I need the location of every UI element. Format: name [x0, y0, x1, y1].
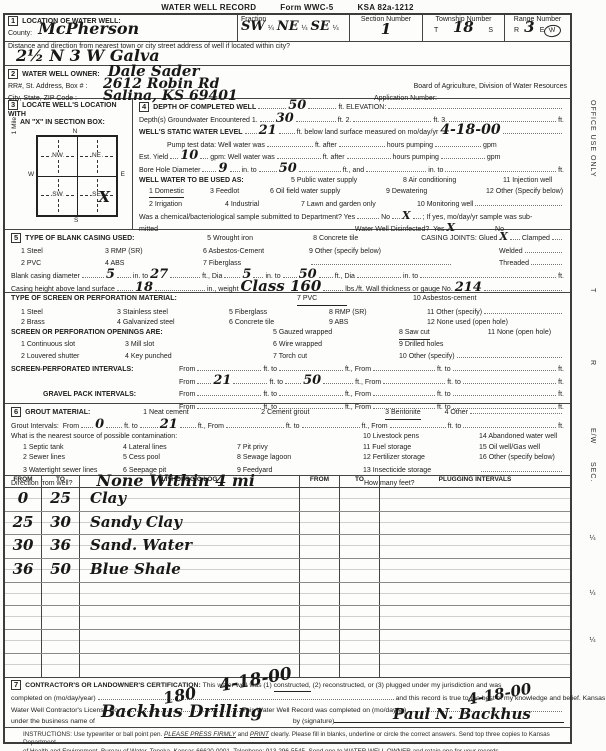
- diam-ftdia2-label: ft., Dia: [335, 272, 355, 283]
- contam-fuel: 11 Fuel storage: [363, 443, 479, 454]
- casing-fiberglass: 7 Fiberglass: [203, 259, 309, 270]
- table-row-empty: [5, 583, 570, 607]
- disinfected-yes-label: Yes: [433, 225, 444, 236]
- casing-joints-label: CASING JOINTS: Glued: [421, 234, 497, 245]
- section-4-number: 4: [139, 102, 149, 112]
- completed-on-label: completed on (mo/day/year): [11, 693, 96, 704]
- lithologic-table: FROM TO LITHOLOGIC LOG FROM TO PLUGGING …: [5, 475, 570, 677]
- row-from: 30: [13, 536, 34, 554]
- screen-rmp: 8 RMP (SR): [329, 308, 427, 319]
- grout-from-value: 0: [95, 421, 104, 429]
- range-w-circled: W: [544, 24, 562, 38]
- disinfected-yes-x-mark: X: [447, 223, 456, 234]
- screen-material-title: TYPE OF SCREEN OR PERFORATION MATERIAL:: [11, 294, 297, 305]
- casing-asbestos: 6 Asbestos-Cement: [203, 247, 309, 258]
- casing-other: 9 Other (specify below): [309, 247, 459, 258]
- est-gpm-label: gpm: [487, 153, 501, 164]
- township-value: 18: [453, 23, 474, 31]
- certification-section: 7CONTRACTOR'S OR LANDOWNER'S CERTIFICATI…: [5, 677, 570, 727]
- water-well-record-form: WATER WELL RECORDForm WWC-5KSA 82a-1212 …: [0, 0, 606, 751]
- owner-section: 2 WATER WELL OWNER: Dale Sader RR#, St. …: [5, 66, 570, 99]
- si-ftto-2: ft. to: [269, 378, 283, 389]
- section-3-number: 3: [8, 100, 18, 110]
- screen-asbestos: 10 Asbestos-cement: [413, 294, 476, 305]
- grout-to-value: 21: [160, 421, 178, 429]
- header-from-1: FROM: [5, 476, 42, 487]
- office-use-only-label: OFFICE USE ONLY: [589, 100, 596, 178]
- casing-pvc: 2 PVC: [21, 259, 105, 270]
- screen-concrete: 6 Concrete tile: [229, 318, 329, 329]
- row-to: 36: [50, 536, 71, 554]
- groundwater-label: Depth(s) Groundwater Encountered: [139, 116, 250, 127]
- gi-to3: ft. to: [448, 422, 462, 433]
- business-name-value: Backhus Drilling: [101, 708, 263, 716]
- instructions-press-firmly: PLEASE PRESS FIRMLY: [164, 731, 236, 738]
- screen-other: 11 Other (specify): [427, 308, 482, 319]
- static-level-value: 21: [259, 127, 277, 135]
- screen-galvanized: 4 Galvanized steel: [117, 318, 229, 329]
- bore-into-label: in. to: [242, 166, 257, 177]
- screen-interval-from-value: 21: [213, 377, 231, 385]
- casing-title: TYPE OF BLANK CASING USED:: [25, 234, 207, 245]
- lithologic-table-header: FROM TO LITHOLOGIC LOG FROM TO PLUGGING …: [5, 476, 570, 488]
- contam-fertilizer: 12 Fertilizer storage: [363, 453, 479, 464]
- contam-livestock: 10 Livestock pens: [363, 432, 479, 443]
- disinfected-label: Water Well Disinfected?: [355, 225, 429, 236]
- openings-title: SCREEN OR PERFORATION OPENINGS ARE:: [11, 328, 273, 339]
- one-mile-label: 1 Mile: [11, 117, 18, 134]
- grout-section: 6GROUT MATERIAL:1 Neat cement2 Cement gr…: [5, 403, 570, 475]
- table-row: 25 30 Sandy Clay: [5, 512, 570, 536]
- use-monitoring: 10 Monitoring well: [417, 200, 473, 211]
- use-lawn-garden: 7 Lawn and garden only: [301, 200, 417, 211]
- use-feedlot: 3 Feedlot: [210, 187, 270, 198]
- use-injection-well: 11 Injection well: [503, 176, 552, 187]
- contractor-signature: Paul N. Backhus: [393, 710, 531, 718]
- est-yield-value: 10: [180, 152, 198, 160]
- compass-west: W: [28, 171, 34, 178]
- screen-pvc: 7 PVC: [297, 294, 347, 306]
- quad-sw-label: SW: [51, 191, 63, 198]
- record-completed-label: This Water Well Record was completed on …: [242, 705, 406, 716]
- gi-ftfrom2: ft., From: [362, 422, 388, 433]
- screen-brass: 2 Brass: [21, 318, 117, 329]
- contam-sewer: 2 Sewer lines: [23, 453, 123, 464]
- si-ftto-2b: ft. to: [447, 378, 461, 389]
- gp-ftfrom-1: ft., From: [345, 390, 371, 401]
- pump-wellwater-label: Well water was: [218, 141, 265, 152]
- section-box-cell: 3LOCATE WELL'S LOCATION WITH AN "X" IN S…: [5, 99, 133, 229]
- header-from-2: FROM: [300, 476, 340, 487]
- bore-depth-value: 50: [279, 165, 297, 173]
- contam-oil-gas: 15 Oil well/Gas well: [479, 443, 540, 454]
- grout-cement-grout: 2 Cement grout: [261, 408, 385, 419]
- gw-1: 1.: [252, 116, 258, 127]
- gi-ft: ft.: [558, 422, 564, 433]
- signature-label: by (signature): [293, 716, 335, 727]
- contam-sewage-lagoon: 8 Sewage lagoon: [237, 453, 363, 464]
- sample-tail: ; If yes, mo/day/yr sample was sub-: [423, 213, 533, 224]
- direction-value: None Within 4 mi: [96, 477, 254, 485]
- use-air-conditioning: 8 Air conditioning: [403, 176, 503, 187]
- si-ftfrom-2: ft., From: [355, 378, 381, 389]
- row-log: Sand. Water: [90, 536, 192, 554]
- sample-question: Was a chemical/bacteriological sample su…: [139, 213, 355, 224]
- static-level-rest: ft. below land surface measured on mo/da…: [297, 128, 439, 139]
- gauge-value: 214: [455, 284, 482, 292]
- si-ftto-1b: ft. to: [437, 365, 451, 376]
- openings-none: 11 None (open hole): [488, 328, 551, 339]
- si-ftfrom-1: ft., From: [345, 365, 371, 376]
- static-level-date: 4-18-00: [440, 126, 500, 134]
- section-2-number: 2: [8, 69, 18, 79]
- row-to: 30: [50, 513, 71, 531]
- use-public-supply: 5 Public water supply: [291, 176, 403, 187]
- margin-sec-label: SEC.: [589, 462, 596, 482]
- margin-quarter-2: ¼: [589, 590, 596, 598]
- est-hours-label: hours pumping: [393, 153, 439, 164]
- section-7-number: 7: [11, 680, 21, 690]
- use-other: 12 Other (Specify below): [486, 187, 563, 198]
- owner-title: WATER WELL OWNER:: [22, 70, 100, 80]
- range-value: 3: [524, 23, 534, 31]
- casing-wrought-iron: 5 Wrought iron: [207, 234, 313, 245]
- form-body: 1LOCATION OF WATER WELL: County: McPhers…: [3, 13, 572, 744]
- margin-quarter-1: ¼: [589, 535, 596, 543]
- table-row: 36 50 Blue Shale: [5, 559, 570, 583]
- depth-label: DEPTH OF COMPLETED WELL: [153, 103, 256, 114]
- grout-other: 4 Other: [445, 408, 468, 419]
- row-to: 25: [50, 489, 71, 507]
- gp-ftto-1b: ft. to: [437, 390, 451, 401]
- openings-gauzed: 5 Gauzed wrapped: [273, 328, 399, 339]
- screen-fiberglass: 5 Fiberglass: [229, 308, 329, 319]
- grout-bentonite: 3 Bentonite: [385, 408, 420, 420]
- township-cell: Township Number T 18 S: [423, 15, 505, 41]
- casing-concrete-tile: 8 Concrete tile: [313, 234, 421, 245]
- pump-gpm-label: gpm: [483, 141, 497, 152]
- used-as-label: WELL WATER TO BE USED AS:: [139, 176, 291, 187]
- gp-ft-1: ft.: [558, 390, 564, 401]
- est-yield-label: Est. Yield: [139, 153, 168, 164]
- gi-ftfrom: ft., From: [198, 422, 224, 433]
- row-from: 36: [13, 560, 34, 578]
- openings-other: 10 Other (specify): [399, 352, 455, 363]
- depth-value: 50: [288, 102, 306, 110]
- si-ft-2: ft.: [558, 378, 564, 389]
- locate-title-2: AN "X" IN SECTION BOX:: [20, 119, 129, 128]
- openings-wire-wrapped: 6 Wire wrapped: [273, 340, 399, 351]
- use-irrigation: 2 Irrigation: [149, 200, 225, 211]
- range-r: R: [514, 27, 519, 34]
- screen-intervals-label: SCREEN-PERFORATED INTERVALS:: [11, 365, 179, 376]
- business-name-label: under the business name of: [11, 716, 95, 727]
- casing-diameter-label: Blank casing diameter: [11, 272, 80, 283]
- si-from-1: From: [179, 365, 195, 376]
- screen-material-section: TYPE OF SCREEN OR PERFORATION MATERIAL:7…: [5, 293, 570, 327]
- fraction-3-value: SE: [310, 23, 329, 31]
- contam-cess-pool: 5 Cess pool: [123, 453, 237, 464]
- quarter-glyph-1: ¼: [268, 25, 274, 32]
- static-level-label: WELL'S STATIC WATER LEVEL: [139, 128, 243, 139]
- bore-diameter-value: 9: [218, 165, 227, 173]
- contam-septic: 1 Septic tank: [23, 443, 123, 454]
- screen-interval-to-value: 50: [303, 377, 321, 385]
- si-from-2: From: [179, 378, 195, 389]
- diam-into3-label: in. to: [403, 272, 418, 283]
- quarter-glyph-3: ¼: [333, 25, 339, 32]
- county-label: County:: [8, 30, 32, 37]
- distance-value: 2½ N 3 W Galva: [16, 52, 575, 60]
- section-5-number: 5: [11, 233, 21, 243]
- contamination-label: What is the nearest source of possible c…: [11, 432, 363, 443]
- distance-row: Distance and direction from nearest town…: [5, 42, 570, 66]
- gravel-pack-label: GRAVEL PACK INTERVALS:: [11, 390, 179, 401]
- instructions-pre: INSTRUCTIONS: Use typewriter or ball poi…: [23, 731, 162, 738]
- owner-address-label: RR#, St. Address, Box # :: [8, 82, 103, 92]
- locate-title-1: LOCATE WELL'S LOCATION WITH: [8, 102, 117, 118]
- fraction-2-value: NE: [277, 23, 299, 31]
- county-value: McPherson: [38, 25, 139, 33]
- table-row-empty: [5, 630, 570, 654]
- fraction-1-value: SW: [241, 23, 265, 31]
- gp-ftto-1: ft. to: [263, 390, 277, 401]
- location-row: 1LOCATION OF WATER WELL: County: McPhers…: [5, 15, 570, 42]
- openings-mill-slot: 3 Mill slot: [125, 340, 273, 351]
- quad-ne-label: NE: [91, 152, 102, 159]
- contam-abandoned-well: 14 Abandoned water well: [479, 432, 557, 443]
- fraction-cell: Fraction SW¼ NE¼ SE¼: [238, 15, 350, 41]
- quarter-glyph-2: ¼: [302, 25, 308, 32]
- screen-abs: 9 ABS: [329, 318, 427, 329]
- welded-label: Welded: [499, 247, 523, 258]
- use-industrial: 4 Industrial: [225, 200, 301, 211]
- contam-insecticide: 13 Insecticide storage: [363, 466, 479, 477]
- est-wellwater-label: Well water was: [228, 153, 275, 164]
- margin-r-label: R: [589, 360, 596, 366]
- casing-rmp: 3 RMP (SR): [105, 247, 203, 258]
- row-log: Blue Shale: [90, 560, 181, 578]
- margin-quarter-3: ¼: [589, 637, 596, 645]
- section-box-diagram: NW NE SW SE X W E S: [36, 135, 118, 217]
- quad-nw-label: NW: [51, 152, 64, 159]
- form-ksa: KSA 82a-1212: [358, 3, 414, 12]
- contam-feedyard: 9 Feedyard: [237, 466, 363, 477]
- threaded-label: Threaded: [499, 259, 529, 270]
- board-of-agriculture-label: Board of Agriculture, Division of Water …: [414, 82, 567, 92]
- casing-depth1-value: 27: [150, 271, 168, 279]
- clamped-label: Clamped: [522, 234, 550, 245]
- blank-casing-section: 5TYPE OF BLANK CASING USED:5 Wrought iro…: [5, 230, 570, 293]
- margin-ew-label: E/W: [589, 428, 596, 444]
- row-from: 25: [13, 513, 34, 531]
- openings-torch-cut: 7 Torch cut: [273, 352, 399, 363]
- compass-east: E: [121, 171, 125, 178]
- use-oil-field: 6 Oil field water supply: [270, 187, 386, 198]
- bore-hole-label: Bore Hole Diameter: [139, 166, 200, 177]
- township-s: S: [488, 27, 493, 34]
- form-number: Form WWC-5: [280, 3, 333, 12]
- instructions-print: PRINT: [250, 731, 269, 738]
- casing-height-value: 18: [135, 284, 153, 292]
- si-ft-1: ft.: [558, 365, 564, 376]
- row-log: Sandy Clay: [90, 513, 182, 531]
- margin-t-label: T: [589, 288, 596, 293]
- depth-data-cell: 4DEPTH OF COMPLETED WELL50ft. ELEVATION:…: [133, 99, 570, 229]
- license-number-value: 180: [163, 689, 197, 703]
- screen-steel: 1 Steel: [21, 308, 117, 319]
- instructions-block: INSTRUCTIONS: Use typewriter or ball poi…: [5, 727, 570, 751]
- use-dewatering: 9 Dewatering: [386, 187, 486, 198]
- openings-key-punched: 4 Key punched: [125, 352, 273, 363]
- township-t: T: [434, 27, 438, 34]
- sample-no-x-mark: X: [402, 211, 411, 222]
- well-x-mark: X: [98, 193, 110, 201]
- elevation-label: ft. ELEVATION:: [338, 103, 386, 114]
- compass-south: S: [74, 217, 78, 224]
- instructions-mid: and: [238, 731, 249, 738]
- location-cell: 1LOCATION OF WATER WELL: County: McPhers…: [5, 15, 238, 41]
- intervals-section: SCREEN-PERFORATED INTERVALS:Fromft. toft…: [5, 362, 570, 403]
- contam-lateral: 4 Lateral lines: [123, 443, 237, 454]
- diam-ftdia-label: ft., Dia: [202, 272, 222, 283]
- gw-ft: ft.: [558, 116, 564, 127]
- header-plugging-intervals: PLUGGING INTERVALS: [380, 476, 570, 487]
- groundwater-1-value: 30: [276, 115, 294, 123]
- bore-ft2-label: ft.: [558, 166, 564, 177]
- openings-louvered: 2 Louvered shutter: [21, 352, 125, 363]
- openings-drilled: 9 Drilled holes: [399, 340, 443, 351]
- row-to: 50: [50, 560, 71, 578]
- table-row-empty: [5, 606, 570, 630]
- mitted-continuation: mitted: [139, 225, 158, 236]
- use-domestic: 1 Domestic: [149, 187, 184, 199]
- compass-north: N: [36, 128, 114, 135]
- owner-value: Dale Sader: [108, 67, 200, 75]
- diam-ft-label: ft.: [558, 272, 564, 283]
- openings-saw-cut: 8 Saw cut: [399, 328, 430, 340]
- contam-pit-privy: 7 Pit privy: [237, 443, 363, 454]
- casing-steel: 1 Steel: [21, 247, 105, 258]
- section-1-number: 1: [8, 16, 18, 26]
- range-label: Range Number: [508, 16, 567, 23]
- screen-stainless: 3 Stainless steel: [117, 308, 229, 319]
- est-after-label: ft. after: [323, 153, 345, 164]
- grout-intervals-label: Grout Intervals:: [11, 422, 59, 433]
- one-mile-scale: 1 Mile: [11, 117, 18, 203]
- table-row: 0 25 Clay: [5, 488, 570, 512]
- gi-ftto: ft. to: [124, 422, 138, 433]
- si-ftto-1: ft. to: [263, 365, 277, 376]
- disinfected-no-label: No: [495, 225, 504, 236]
- table-row: 30 36 Sand. Water: [5, 535, 570, 559]
- casing-weight-value: Class 160: [240, 282, 321, 290]
- gi-to2: ft. to: [286, 422, 300, 433]
- bore-ftand-label: ft., and: [343, 166, 364, 177]
- bore-into2-label: in. to: [428, 166, 443, 177]
- sample-no-label: No: [381, 213, 390, 224]
- contam-other: 16 Other (specify below): [479, 453, 555, 464]
- form-title: WATER WELL RECORD: [161, 3, 256, 12]
- section-number-value: 1: [353, 25, 419, 33]
- casing-diameter-value: 5: [106, 271, 115, 279]
- header-to-1: TO: [42, 476, 80, 487]
- header-to-2: TO: [340, 476, 380, 487]
- openings-continuous: 1 Continuous slot: [21, 340, 125, 351]
- form-title-bar: WATER WELL RECORDForm WWC-5KSA 82a-1212: [0, 3, 575, 12]
- gi-from: From: [63, 422, 79, 433]
- screen-none-used: 12 None used (open hole): [427, 318, 508, 329]
- row-from: 0: [18, 489, 28, 507]
- section3-4-row: 3LOCATE WELL'S LOCATION WITH AN "X" IN S…: [5, 99, 570, 230]
- pump-hours-label: hours pumping: [387, 141, 433, 152]
- owner-address-value: 2612 Robin Rd: [103, 80, 219, 88]
- section-number-cell: Section Number 1: [350, 15, 423, 41]
- row-log: Clay: [90, 489, 126, 507]
- pump-after-label: ft. after: [315, 141, 337, 152]
- openings-section: SCREEN OR PERFORATION OPENINGS ARE:5 Gau…: [5, 327, 570, 362]
- grout-title: GROUT MATERIAL:: [25, 408, 143, 419]
- gw-2: ft. 2.: [338, 116, 352, 127]
- section-6-number: 6: [11, 407, 21, 417]
- range-cell: Range Number R 3 EW: [505, 15, 570, 41]
- gp-from-1: From: [179, 390, 195, 401]
